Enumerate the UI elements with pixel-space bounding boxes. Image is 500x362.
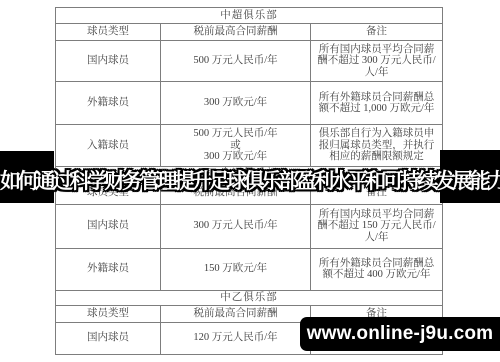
player-type-cell: 国内球员 [56,322,161,354]
salary-cell: 120 万元人民币/年 [161,322,311,354]
remark-cell: 所有外籍球员合同薪酬总额不超过 1,000 万欧元/年 [311,82,443,125]
table-row: 国内球员 300 万元人民币/年 所有国内球员平均合同薪酬不超过 150 万元人… [56,204,443,248]
article-headline: 如何通过科学财务管理提升足球俱乐部盈利水平和可持续发展能力 [0,165,500,199]
section-title-csl: 中超俱乐部 [56,8,443,24]
salary-cell: 300 万欧元/年 [161,82,311,125]
col-header-remark: 备注 [311,24,443,41]
col-header-max-salary: 税前最高合同薪酬 [161,24,311,41]
section-title-row: 中乙俱乐部 [56,290,443,305]
remark-cell: 所有国内球员平均合同薪酬不超过 300 万元人民币/人/年 [311,41,443,82]
col-header-player-type: 球员类型 [56,305,161,322]
section-title-league-two: 中乙俱乐部 [56,290,443,305]
table-row: 外籍球员 300 万欧元/年 所有外籍球员合同薪酬总额不超过 1,000 万欧元… [56,82,443,125]
col-header-max-salary: 税前最高合同薪酬 [161,305,311,322]
col-header-player-type: 球员类型 [56,24,161,41]
table-row: 入籍球员 500 万元人民币/年 或 300 万欧元/年 俱乐部自行为入籍球员申… [56,125,443,167]
section-title-row: 中超俱乐部 [56,8,443,24]
watermark-url-text: www.online-j9u.com [307,323,494,345]
table-row: 国内球员 500 万元人民币/年 所有国内球员平均合同薪酬不超过 300 万元人… [56,41,443,82]
remark-cell: 俱乐部自行为入籍球员申报归属球员类型，并执行相应的薪酬限额规定 [311,125,443,167]
table-row: 外籍球员 150 万欧元/年 所有外籍球员合同薪酬总额不超过 400 万欧元/年 [56,248,443,290]
player-type-cell: 国内球员 [56,204,161,248]
salary-cell: 500 万元人民币/年 或 300 万欧元/年 [161,125,311,167]
player-type-cell: 入籍球员 [56,125,161,167]
player-type-cell: 国内球员 [56,41,161,82]
salary-cell: 500 万元人民币/年 [161,41,311,82]
player-type-cell: 外籍球员 [56,248,161,290]
site-watermark: www.online-j9u.com [300,317,500,351]
player-type-cell: 外籍球员 [56,82,161,125]
header-row: 球员类型 税前最高合同薪酬 备注 [56,24,443,41]
salary-cell: 300 万元人民币/年 [161,204,311,248]
remark-cell: 所有国内球员平均合同薪酬不超过 150 万元人民币/人/年 [311,204,443,248]
remark-cell: 所有外籍球员合同薪酬总额不超过 400 万欧元/年 [311,248,443,290]
salary-cell: 150 万欧元/年 [161,248,311,290]
